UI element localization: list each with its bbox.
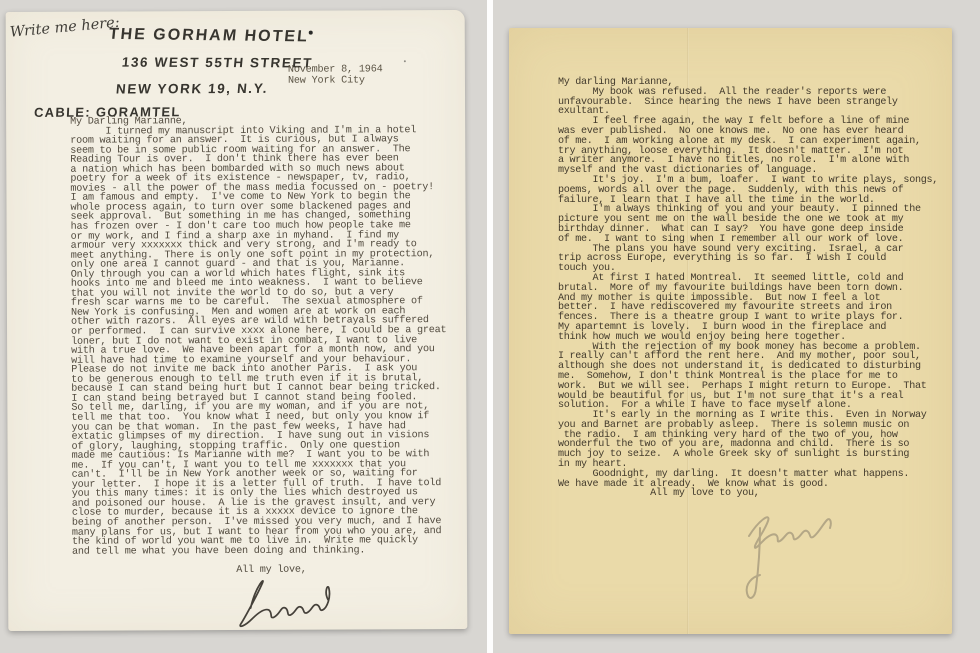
left-letter-body: My Darling Marianne, I turned my manuscr…	[70, 116, 447, 576]
date-block: November 8, 1964 New York City	[288, 64, 383, 86]
leonard-signature-pencil	[727, 500, 863, 612]
left-letter-page: Write me here: THE GORHAM HOTEL 136 WEST…	[6, 10, 468, 631]
paper-speck	[404, 60, 406, 62]
hotel-city: NEW YORK 19, N.Y.	[115, 81, 268, 97]
two-letter-photos: Write me here: THE GORHAM HOTEL 136 WEST…	[0, 0, 980, 653]
right-letter-page: My darling Marianne, My book was refused…	[509, 28, 952, 634]
right-letter-photo: My darling Marianne, My book was refused…	[493, 0, 980, 653]
handwritten-note: Write me here:	[9, 15, 120, 41]
leonard-signature-ink	[230, 569, 342, 631]
city-line: New York City	[288, 75, 383, 86]
date-line: November 8, 1964	[288, 64, 383, 75]
left-letter-photo: Write me here: THE GORHAM HOTEL 136 WEST…	[0, 0, 487, 653]
right-letter-body: My darling Marianne, My book was refused…	[558, 78, 938, 499]
hotel-name: THE GORHAM HOTEL	[108, 26, 310, 47]
paper-speck	[309, 31, 313, 35]
hotel-street: 136 WEST 55TH STREET	[121, 55, 313, 71]
